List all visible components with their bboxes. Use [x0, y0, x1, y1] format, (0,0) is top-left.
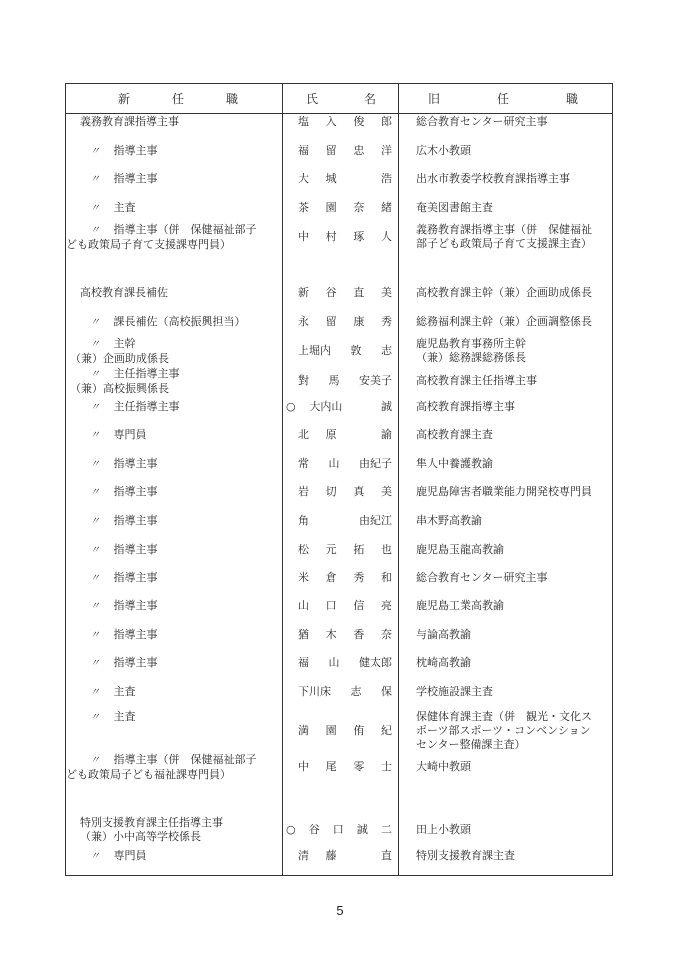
name-part: 松	[298, 543, 309, 557]
name-part: 上堀内	[298, 344, 331, 358]
name-part: 留	[326, 144, 337, 158]
old-position-line: 部子ども政策局子育て支援課主査）	[416, 237, 592, 251]
name-cell: 大城 浩	[284, 172, 398, 186]
header-name: 氏 名	[306, 84, 376, 114]
ditto-mark: 〃	[80, 458, 110, 472]
name-cell: 永留康秀	[284, 315, 398, 329]
header-old-position: 旧 任 職	[428, 84, 578, 114]
new-position-line: 〃 主任指導主事	[80, 367, 180, 382]
person-name: 満園侑紀	[284, 724, 398, 738]
person-name: 常山由紀子	[284, 457, 398, 471]
old-position-cell: 特別支援教育課主査	[416, 849, 515, 863]
old-position-line: 高校教育課主査	[416, 428, 493, 442]
new-position-cell: 〃 主幹（兼）企画助成係長	[80, 337, 169, 366]
name-part: 奈	[353, 201, 364, 215]
old-position-line: 高校教育課主任指導主事	[416, 374, 537, 388]
name-part: 角	[298, 514, 309, 528]
person-name: 對馬安美子	[284, 374, 398, 388]
new-position-cell: 〃 指導主事	[80, 571, 158, 586]
name-cell: 中村琢人	[284, 230, 398, 244]
old-position-cell: 串木野高教諭	[416, 514, 482, 528]
name-part: 馬	[329, 374, 340, 388]
name-cell: 角 由紀江	[284, 514, 398, 528]
name-part: 切	[326, 485, 337, 499]
old-position-line: 広木小教頭	[416, 144, 471, 158]
name-part: 茶	[298, 201, 309, 215]
new-position-cell: 〃 専門員	[80, 849, 147, 864]
name-cell: 満園侑紀	[284, 724, 398, 738]
person-name: 北原 諭	[284, 428, 398, 442]
new-position-cell: 〃 指導主事	[80, 656, 158, 671]
new-position-line: 〃 指導主事	[80, 543, 158, 558]
name-part: 士	[381, 760, 392, 774]
name-part: 也	[381, 543, 392, 557]
old-position-line: 高校教育課指導主事	[416, 400, 515, 414]
ditto-mark: 〃	[80, 600, 110, 614]
old-position-cell: 出水市教委学校教育課指導主事	[416, 172, 570, 186]
new-position-cell: 〃 主任指導主事	[80, 400, 180, 415]
new-position-cell: 義務教育課指導主事	[80, 115, 179, 129]
name-part: 尾	[326, 760, 337, 774]
name-part: 谷	[326, 286, 337, 300]
ditto-mark: 〃	[80, 316, 110, 330]
new-position-cell: 〃 指導主事	[80, 599, 158, 614]
new-position-line: ども政策局子ども福祉課専門員）	[66, 768, 257, 782]
ditto-mark: 〃	[80, 711, 110, 725]
new-position-line: 〃 指導主事	[80, 571, 158, 586]
name-part: 諭	[381, 428, 392, 442]
old-position-line: 学校施設課主査	[416, 685, 493, 699]
header-new-position: 新 任 職	[118, 84, 238, 114]
column-divider	[282, 84, 283, 875]
header-char: 任	[497, 84, 509, 114]
new-position-cell: 〃 課長補佐（高校振興担当）	[80, 315, 246, 330]
person-name: 岩切真美	[284, 485, 398, 499]
new-position-cell: 〃 指導主事	[80, 514, 158, 529]
ditto-mark: 〃	[80, 338, 110, 352]
new-position-line: 〃 専門員	[80, 428, 147, 443]
new-position-line: 〃 指導主事（併 保健福祉部子	[80, 753, 257, 768]
person-name: ○大内山 誠	[284, 400, 398, 414]
name-part: 城	[326, 172, 337, 186]
new-position-cell: 高校教育課長補佐	[80, 286, 168, 300]
name-part: 口	[326, 599, 337, 613]
person-name: 福山健太郎	[284, 656, 398, 670]
old-position-cell: 高校教育課主任指導主事	[416, 374, 537, 388]
name-cell: 下川床志保	[284, 685, 398, 699]
name-part: 山	[329, 457, 340, 471]
new-position-cell: 特別支援教育課主任指導主事（兼）小中高等学校係長	[80, 816, 223, 844]
name-cell: 常山由紀子	[284, 457, 398, 471]
new-position-line: 〃 指導主事	[80, 628, 158, 643]
old-position-cell: 鹿児島障害者職業能力開発校専門員	[416, 485, 592, 499]
new-position-cell: 〃 指導主事	[80, 144, 158, 159]
name-part: 人	[381, 230, 392, 244]
ditto-mark: 〃	[80, 686, 110, 700]
new-position-line: 〃 主査	[80, 201, 136, 216]
name-part: 秀	[381, 315, 392, 329]
old-position-line: 義務教育課指導主事（併 保健福祉	[416, 223, 592, 237]
name-part: 康	[353, 315, 364, 329]
old-position-cell: 鹿児島玉龍高教諭	[416, 543, 504, 557]
header-char: 氏	[306, 84, 318, 114]
old-position-cell: 総合教育センター研究主事	[416, 571, 548, 585]
ditto-mark: 〃	[80, 850, 110, 864]
old-position-line: 大崎中教頭	[416, 760, 471, 774]
name-part	[329, 514, 340, 528]
page-number: 5	[0, 903, 680, 918]
person-name: 中村琢人	[284, 230, 398, 244]
name-part: 敦	[351, 344, 362, 358]
person-name: 下川床志保	[284, 685, 398, 699]
person-name: 永留康秀	[284, 315, 398, 329]
old-position-line: 鹿児島玉龍高教諭	[416, 543, 504, 557]
name-cell: 對馬安美子	[284, 374, 398, 388]
new-position-cell: 〃 主任指導主事（兼）高校振興係長	[80, 367, 180, 396]
old-position-cell: 保健体育課主査（併 観光・文化スポーツ部スポーツ・コンベンションセンター整備課主…	[416, 710, 592, 752]
name-part: 谷	[309, 823, 320, 837]
name-part: 中	[298, 760, 309, 774]
name-part: 永	[298, 315, 309, 329]
new-position-cell: 〃 指導主事（併 保健福祉部子ども政策局子ども福祉課専門員）	[80, 753, 257, 782]
header-char: 新	[118, 84, 130, 114]
person-name: 清藤 直	[284, 849, 398, 863]
old-position-line: 隼人中養護教諭	[416, 457, 493, 471]
name-part: 清	[298, 849, 309, 863]
old-position-cell: 総合教育センター研究主事	[416, 115, 548, 129]
old-position-line: 総合教育センター研究主事	[416, 571, 548, 585]
name-part: 村	[326, 230, 337, 244]
person-name: 米倉秀和	[284, 571, 398, 585]
name-part: 由紀江	[359, 514, 392, 528]
name-part: 北	[298, 428, 309, 442]
old-position-cell: 総務福利課主幹（兼）企画調整係長	[416, 315, 592, 329]
ditto-mark: 〃	[80, 145, 110, 159]
name-cell: 山口信亮	[284, 599, 398, 613]
new-position-line: 〃 課長補佐（高校振興担当）	[80, 315, 246, 330]
old-position-line: センター整備課主査）	[416, 738, 592, 752]
person-name: ○谷口誠二	[284, 823, 398, 837]
name-part: 拓	[353, 543, 364, 557]
name-part: 園	[326, 201, 337, 215]
name-part: 紀	[381, 724, 392, 738]
name-part: 塩	[298, 115, 309, 129]
ditto-mark: 〃	[80, 173, 110, 187]
name-part: 岩	[298, 485, 309, 499]
ditto-mark: 〃	[80, 572, 110, 586]
name-part: 真	[353, 485, 364, 499]
person-name: 松元拓也	[284, 543, 398, 557]
old-position-line: 奄美図書館主査	[416, 201, 493, 215]
name-cell: 米倉秀和	[284, 571, 398, 585]
old-position-cell: 高校教育課指導主事	[416, 400, 515, 414]
new-position-cell: 〃 専門員	[80, 428, 147, 443]
name-part: 下川床	[298, 685, 331, 699]
name-part: 亮	[381, 599, 392, 613]
name-part: 倉	[326, 571, 337, 585]
new-position-cell: 〃 指導主事（併 保健福祉部子ども政策局子育て支援課専門員）	[80, 223, 257, 252]
name-part: 中	[298, 230, 309, 244]
ditto-mark: 〃	[80, 429, 110, 443]
personnel-table: 新 任 職 氏 名 旧 任 職 義務教育課指導主事塩入俊郎総合教育センター研究主…	[65, 83, 613, 876]
name-part: 木	[326, 628, 337, 642]
circle-mark-icon: ○	[286, 823, 296, 837]
name-cell: 岩切真美	[284, 485, 398, 499]
name-part: 洋	[381, 144, 392, 158]
old-position-cell: 学校施設課主査	[416, 685, 493, 699]
name-cell: 清藤 直	[284, 849, 398, 863]
name-part	[353, 428, 364, 442]
name-part: 留	[326, 315, 337, 329]
person-name: 山口信亮	[284, 599, 398, 613]
new-position-cell: 〃 指導主事	[80, 172, 158, 187]
old-position-line: 串木野高教諭	[416, 514, 482, 528]
new-position-cell: 〃 主査	[80, 710, 136, 725]
old-position-line: （兼）総務課総務係長	[416, 351, 526, 365]
name-part: 米	[298, 571, 309, 585]
person-name: 角 由紀江	[284, 514, 398, 528]
name-part: 美	[381, 286, 392, 300]
name-part: 口	[333, 823, 344, 837]
name-part: 健太郎	[359, 656, 392, 670]
person-name: 中尾零士	[284, 760, 398, 774]
name-cell: 猶木香奈	[284, 628, 398, 642]
person-name: 猶木香奈	[284, 628, 398, 642]
new-position-line: 〃 主任指導主事	[80, 400, 180, 415]
old-position-line: 枕崎高教諭	[416, 656, 471, 670]
new-position-line: （兼）企画助成係長	[70, 352, 169, 366]
old-position-line: 鹿児島工業高教諭	[416, 599, 504, 613]
new-position-line: 〃 指導主事	[80, 457, 158, 472]
name-part: 藤	[326, 849, 337, 863]
new-position-line: 〃 指導主事	[80, 656, 158, 671]
new-position-line: 特別支援教育課主任指導主事	[80, 816, 223, 830]
name-part: 對	[298, 374, 309, 388]
new-position-cell: 〃 主査	[80, 201, 136, 216]
name-part: 直	[353, 286, 364, 300]
new-position-cell: 〃 主査	[80, 685, 136, 700]
new-position-line: 高校教育課長補佐	[80, 286, 168, 300]
name-part: 直	[381, 849, 392, 863]
new-position-line: 〃 指導主事	[80, 144, 158, 159]
name-part: 誠	[357, 823, 368, 837]
header-char: 旧	[428, 84, 440, 114]
new-position-line: 〃 指導主事	[80, 485, 158, 500]
name-part: 二	[381, 823, 392, 837]
old-position-cell: 高校教育課主幹（兼）企画助成係長	[416, 286, 592, 300]
name-part: 山	[329, 656, 340, 670]
new-position-line: ども政策局子育て支援課専門員）	[66, 238, 257, 252]
old-position-line: 総合教育センター研究主事	[416, 115, 548, 129]
ditto-mark: 〃	[80, 515, 110, 529]
name-cell: 茶園奈緒	[284, 201, 398, 215]
name-cell: 北原 諭	[284, 428, 398, 442]
name-part: 元	[326, 543, 337, 557]
old-position-line: 高校教育課主幹（兼）企画助成係長	[416, 286, 592, 300]
new-position-line: （兼）高校振興係長	[70, 382, 180, 396]
person-name: 新谷直美	[284, 286, 398, 300]
name-cell: 松元拓也	[284, 543, 398, 557]
name-part	[353, 172, 364, 186]
new-position-line: 〃 主幹	[80, 337, 169, 352]
old-position-cell: 大崎中教頭	[416, 760, 471, 774]
old-position-cell: 枕崎高教諭	[416, 656, 471, 670]
name-part: 入	[326, 115, 337, 129]
name-part: 琢	[353, 230, 364, 244]
name-cell: 福留忠洋	[284, 144, 398, 158]
ditto-mark: 〃	[80, 486, 110, 500]
name-part: 原	[326, 428, 337, 442]
name-part: 誠	[381, 400, 392, 414]
name-part: 志	[381, 344, 392, 358]
new-position-line: 〃 指導主事	[80, 514, 158, 529]
name-part: 郎	[381, 115, 392, 129]
name-part: 山	[298, 599, 309, 613]
old-position-line: 総務福利課主幹（兼）企画調整係長	[416, 315, 592, 329]
new-position-line: 〃 指導主事	[80, 172, 158, 187]
name-part: 大内山	[309, 400, 342, 414]
name-cell: 塩入俊郎	[284, 115, 398, 129]
ditto-mark: 〃	[80, 368, 110, 382]
name-part: 浩	[381, 172, 392, 186]
old-position-cell: 隼人中養護教諭	[416, 457, 493, 471]
old-position-line: 与論高教諭	[416, 628, 471, 642]
header-char: 名	[364, 84, 376, 114]
ditto-mark: 〃	[80, 629, 110, 643]
name-part: 園	[326, 724, 337, 738]
old-position-cell: 奄美図書館主査	[416, 201, 493, 215]
name-part: 零	[353, 760, 364, 774]
name-part: 美	[381, 485, 392, 499]
ditto-mark: 〃	[80, 657, 110, 671]
person-name: 福留忠洋	[284, 144, 398, 158]
name-part: 緒	[381, 201, 392, 215]
name-part: 香	[353, 628, 364, 642]
name-part: 新	[298, 286, 309, 300]
name-part: 侑	[353, 724, 364, 738]
new-position-cell: 〃 指導主事	[80, 543, 158, 558]
old-position-line: 鹿児島教育事務所主幹	[416, 337, 526, 351]
new-position-line: （兼）小中高等学校係長	[80, 830, 223, 844]
person-name: 大城 浩	[284, 172, 398, 186]
ditto-mark: 〃	[80, 401, 110, 415]
new-position-line: 義務教育課指導主事	[80, 115, 179, 129]
old-position-cell: 広木小教頭	[416, 144, 471, 158]
name-part: 俊	[353, 115, 364, 129]
name-part: 常	[298, 457, 309, 471]
name-part: 忠	[353, 144, 364, 158]
new-position-cell: 〃 指導主事	[80, 485, 158, 500]
ditto-mark: 〃	[80, 224, 110, 238]
name-part: 志	[351, 685, 362, 699]
new-position-line: 〃 専門員	[80, 849, 147, 864]
new-position-line: 〃 指導主事	[80, 599, 158, 614]
old-position-cell: 与論高教諭	[416, 628, 471, 642]
name-part: 福	[298, 656, 309, 670]
old-position-cell: 田上小教頭	[416, 823, 471, 837]
ditto-mark: 〃	[80, 202, 110, 216]
header-char: 職	[226, 84, 238, 114]
name-cell: 福山健太郎	[284, 656, 398, 670]
old-position-cell: 義務教育課指導主事（併 保健福祉部子ども政策局子育て支援課主査）	[416, 223, 592, 251]
person-name: 塩入俊郎	[284, 115, 398, 129]
name-part: 奈	[381, 628, 392, 642]
name-part: 安美子	[359, 374, 392, 388]
header-char: 任	[172, 84, 184, 114]
old-position-line: ポーツ部スポーツ・コンベンション	[416, 724, 592, 738]
column-divider	[398, 84, 399, 875]
new-position-line: 〃 指導主事（併 保健福祉部子	[80, 223, 257, 238]
name-cell: ○大内山 誠	[284, 400, 398, 414]
name-cell: 中尾零士	[284, 760, 398, 774]
name-cell: 新谷直美	[284, 286, 398, 300]
name-cell: 上堀内敦志	[284, 344, 398, 358]
old-position-cell: 鹿児島教育事務所主幹（兼）総務課総務係長	[416, 337, 526, 365]
name-part	[356, 400, 367, 414]
old-position-line: 保健体育課主査（併 観光・文化ス	[416, 710, 592, 724]
name-part: 信	[353, 599, 364, 613]
new-position-cell: 〃 指導主事	[80, 628, 158, 643]
name-part: 由紀子	[359, 457, 392, 471]
name-part: 大	[298, 172, 309, 186]
name-part: 和	[381, 571, 392, 585]
old-position-cell: 鹿児島工業高教諭	[416, 599, 504, 613]
new-position-cell: 〃 指導主事	[80, 457, 158, 472]
old-position-line: 特別支援教育課主査	[416, 849, 515, 863]
name-part: 満	[298, 724, 309, 738]
name-part: 秀	[353, 571, 364, 585]
circle-mark-icon: ○	[286, 400, 296, 414]
old-position-line: 鹿児島障害者職業能力開発校専門員	[416, 485, 592, 499]
name-cell: ○谷口誠二	[284, 823, 398, 837]
name-part: 保	[381, 685, 392, 699]
new-position-line: 〃 主査	[80, 710, 136, 725]
old-position-line: 田上小教頭	[416, 823, 471, 837]
person-name: 上堀内敦志	[284, 344, 398, 358]
name-part	[353, 849, 364, 863]
ditto-mark: 〃	[80, 754, 110, 768]
old-position-line: 出水市教委学校教育課指導主事	[416, 172, 570, 186]
person-name: 茶園奈緒	[284, 201, 398, 215]
name-part: 福	[298, 144, 309, 158]
ditto-mark: 〃	[80, 544, 110, 558]
header-char: 職	[566, 84, 578, 114]
new-position-line: 〃 主査	[80, 685, 136, 700]
name-part: 猶	[298, 628, 309, 642]
old-position-cell: 高校教育課主査	[416, 428, 493, 442]
